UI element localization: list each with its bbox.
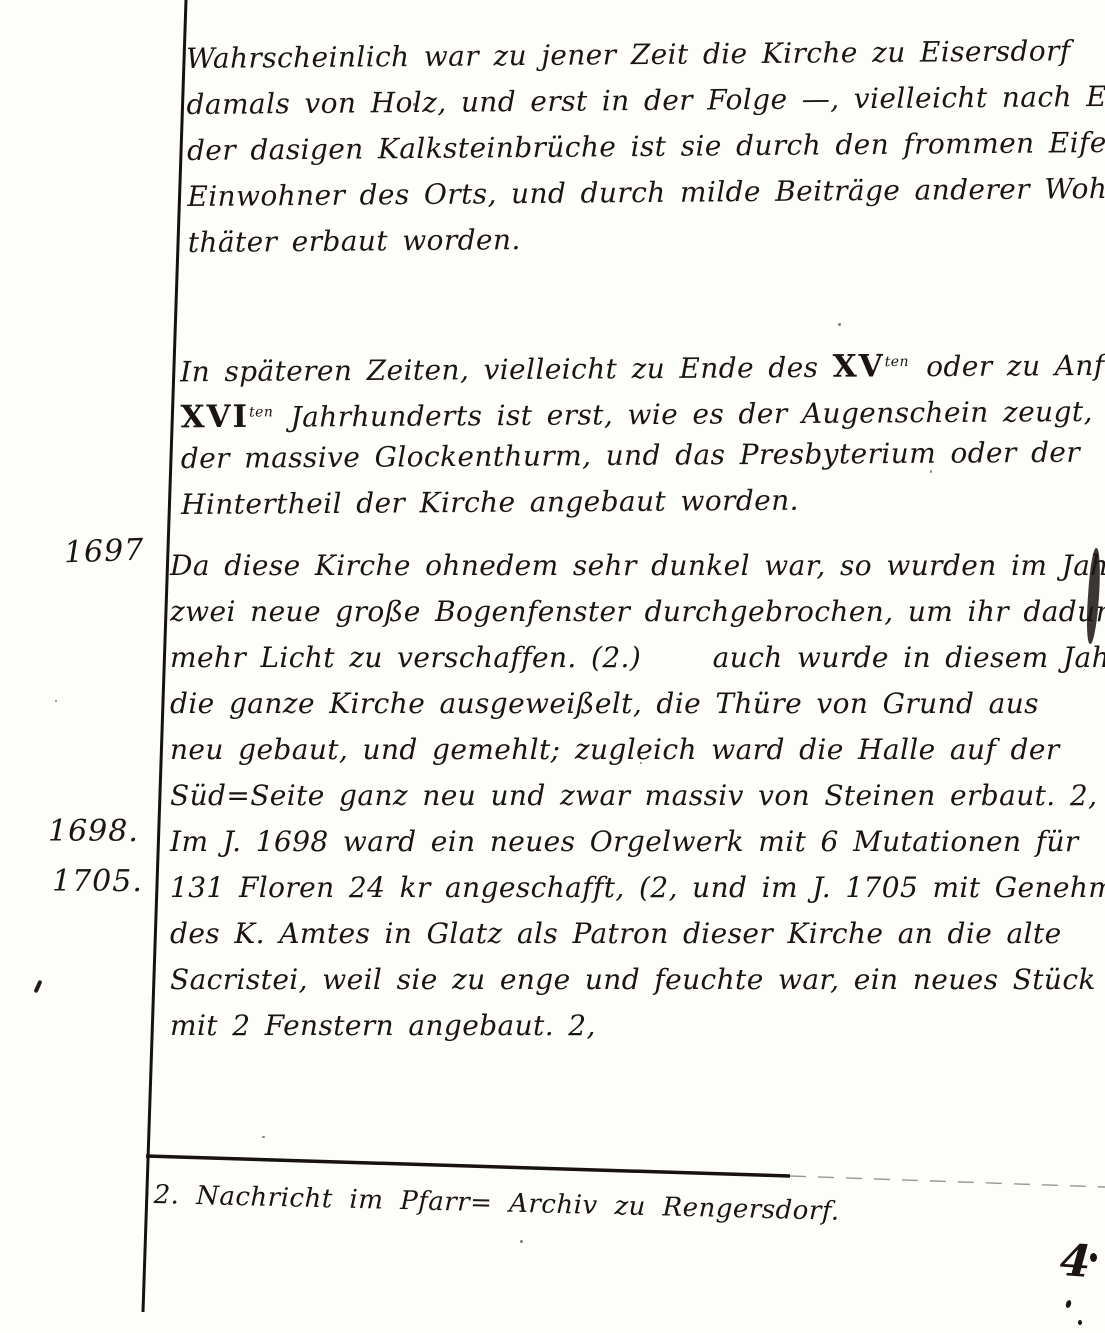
footnote-rule	[146, 1156, 790, 1176]
paragraph-church-origin: Wahrscheinlich war zu jener Zeit die Kir…	[186, 27, 1105, 266]
scan-speck	[262, 1136, 265, 1138]
manuscript-page: 1697 1698. 1705. Wahrscheinlich war zu j…	[0, 0, 1105, 1333]
paragraph-tower-construction: In späteren Zeiten, vielleicht zu Ende d…	[180, 337, 1105, 528]
text-segment: Im J. 1698 ward ein neues Orgelwerk mit …	[170, 825, 1079, 858]
text-line: 131 Floren 24 kr angeschafft, (2, und im…	[170, 865, 1105, 911]
text-segment: zwei neue große Bogenfenster durchgebroc…	[170, 595, 1105, 628]
text-segment: ten	[885, 354, 909, 370]
text-segment: mehr Licht zu verschaffen. (2.) auch wur…	[170, 641, 1105, 674]
ink-dot	[1090, 1253, 1097, 1262]
text-segment: Wahrscheinlich war zu jener Zeit die Kir…	[186, 34, 1071, 75]
text-line: Da diese Kirche ohnedem sehr dunkel war,…	[170, 543, 1105, 589]
margin-year-1697: 1697	[63, 533, 145, 571]
text-line: der massive Glockenthurm, und das Presby…	[181, 429, 1105, 482]
text-line: des K. Amtes in Glatz als Patron dieser …	[170, 911, 1105, 957]
ink-mark: 4	[1058, 1235, 1092, 1288]
text-line: Einwohner des Orts, und durch milde Beit…	[187, 165, 1105, 220]
text-segment: 131 Floren 24 kr angeschafft, (2, und im…	[170, 871, 1105, 904]
text-line: Im J. 1698 ward ein neues Orgelwerk mit …	[170, 819, 1105, 865]
scan-speck	[838, 323, 841, 326]
roman-numeral: XV	[833, 348, 885, 384]
text-segment: In späteren Zeiten, vielleicht zu Ende d…	[180, 351, 833, 389]
text-line: XVIten Jahrhunderts ist erst, wie es der…	[180, 383, 1105, 436]
text-line: In späteren Zeiten, vielleicht zu Ende d…	[180, 337, 1105, 390]
ink-dot	[1078, 1320, 1082, 1325]
margin-year-1698: 1698.	[48, 814, 139, 849]
text-segment: neu gebaut, und gemehlt; zugleich ward d…	[170, 733, 1060, 766]
text-segment: Jahrhunderts ist erst, wie es der Augens…	[276, 395, 1093, 434]
text-line: zwei neue große Bogenfenster durchgebroc…	[170, 589, 1105, 635]
text-line: mehr Licht zu verschaffen. (2.) auch wur…	[170, 635, 1105, 681]
scan-speck	[930, 470, 932, 473]
scan-speck	[413, 103, 416, 106]
text-line: Süd=Seite ganz neu und zwar massiv von S…	[170, 773, 1105, 819]
margin-year-1705: 1705.	[52, 864, 143, 899]
scan-speck	[55, 700, 57, 702]
text-segment: oder zu Anfang des	[912, 348, 1105, 383]
text-line: thäter erbaut worden.	[188, 211, 1105, 266]
text-line: mit 2 Fenstern angebaut. 2,	[170, 1003, 1105, 1049]
text-segment: Hintertheil der Kirche angebaut worden.	[181, 484, 799, 521]
text-segment: Einwohner des Orts, und durch milde Beit…	[187, 172, 1105, 213]
text-segment: des K. Amtes in Glatz als Patron dieser …	[170, 917, 1062, 950]
paragraph-renovations-1697-1705: Da diese Kirche ohnedem sehr dunkel war,…	[170, 543, 1105, 1049]
text-segment: damals von Holz, und erst in der Folge —…	[186, 79, 1105, 121]
text-segment: mit 2 Fenstern angebaut. 2,	[170, 1009, 596, 1042]
text-segment: Süd=Seite ganz neu und zwar massiv von S…	[170, 779, 1097, 812]
text-line: neu gebaut, und gemehlt; zugleich ward d…	[170, 727, 1105, 773]
scan-speck	[640, 762, 642, 764]
text-line: damals von Holz, und erst in der Folge —…	[186, 73, 1105, 128]
text-segment: ten	[249, 404, 273, 420]
text-segment: Sacristei, weil sie zu enge und feuchte …	[170, 963, 1096, 996]
text-segment: der dasigen Kalksteinbrüche ist sie durc…	[187, 125, 1105, 167]
text-segment: thäter erbaut worden.	[188, 223, 521, 259]
text-line: der dasigen Kalksteinbrüche ist sie durc…	[187, 119, 1105, 174]
text-line: Wahrscheinlich war zu jener Zeit die Kir…	[186, 27, 1105, 82]
text-segment: die ganze Kirche ausgeweißelt, die Thüre…	[170, 687, 1039, 720]
scan-speck	[520, 1240, 523, 1243]
text-segment: Da diese Kirche ohnedem sehr dunkel war,…	[170, 549, 1105, 582]
text-line: die ganze Kirche ausgeweißelt, die Thüre…	[170, 681, 1105, 727]
roman-numeral: XVI	[180, 399, 249, 435]
text-line: Hintertheil der Kirche angebaut worden.	[181, 475, 1105, 528]
footnote-rule-faded	[790, 1176, 1105, 1187]
text-line: Sacristei, weil sie zu enge und feuchte …	[170, 957, 1105, 1003]
text-segment: der massive Glockenthurm, und das Presby…	[181, 436, 1081, 475]
